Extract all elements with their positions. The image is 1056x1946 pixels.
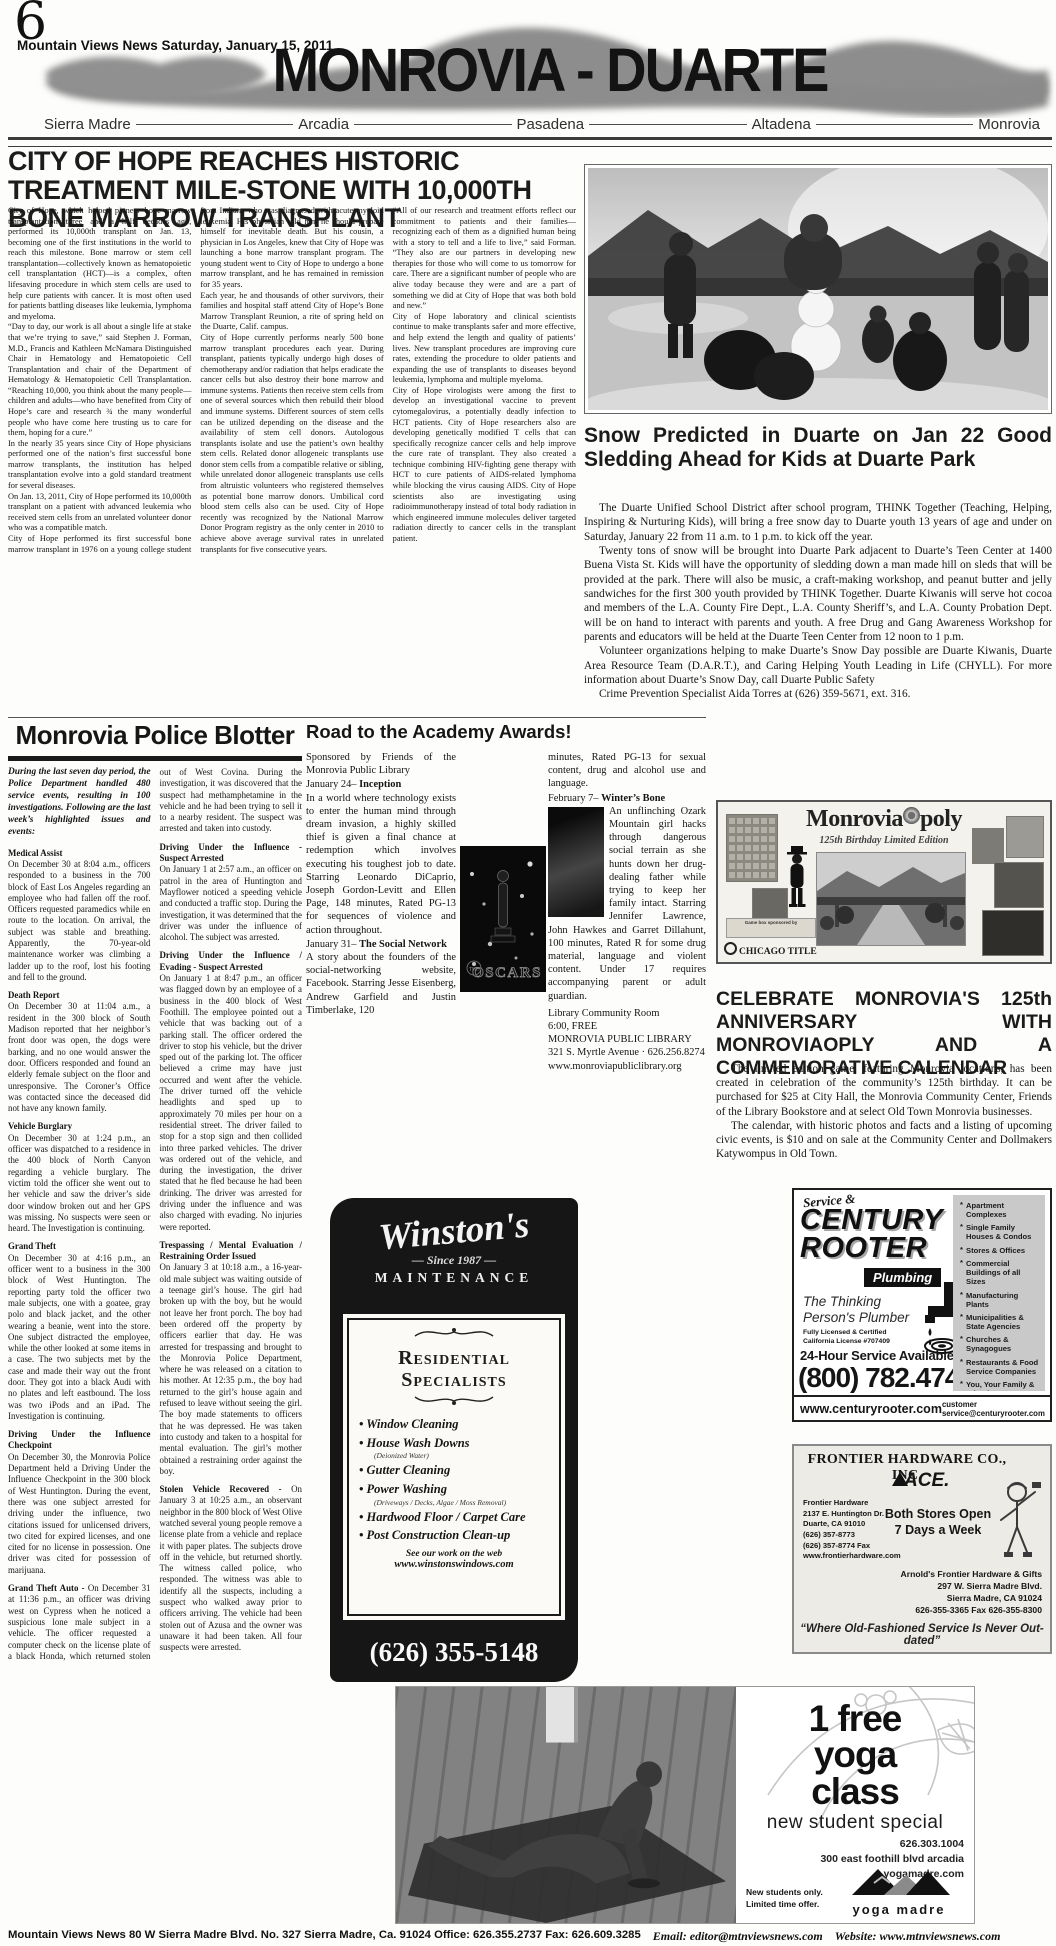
paragraph: City of Hope virologists were among the … xyxy=(393,386,576,545)
paragraph: The Duarte Unified School District after… xyxy=(584,501,1052,544)
monroviaopoly-image: Monroviapoly 125th Birthday Limited Edit… xyxy=(716,800,1052,964)
paragraph: Arnold's Frontier Hardware & Gifts xyxy=(901,1568,1042,1580)
old-town-photo xyxy=(816,852,966,946)
winstons-phone: (626) 355-5148 xyxy=(330,1637,578,1668)
paragraph: Restaurants & Food Service Companies xyxy=(959,1359,1039,1377)
paragraph: • Hardwood Floor / Carpet Care xyxy=(359,1510,549,1526)
winstons-services-list: • Window Cleaning• House Wash Downs(Deio… xyxy=(359,1417,549,1544)
paragraph: (626) 357-8774 Fax xyxy=(803,1541,901,1552)
paragraph: Twenty tons of snow will be brought into… xyxy=(584,544,1052,644)
academy-column-right: minutes, Rated PG-13 for sexual content,… xyxy=(548,751,706,1073)
paragraph: www.frontierhardware.com xyxy=(803,1551,901,1562)
specialists-label: Specialists xyxy=(359,1369,549,1391)
main-article-body: City of Hope, which helped pioneer bone … xyxy=(8,206,576,626)
rooter-email: customer service@centuryrooter.com xyxy=(942,1400,1045,1418)
oscars-caption-text: OSCARS xyxy=(472,965,542,981)
police-blotter-rule xyxy=(8,756,302,761)
divider-line xyxy=(589,124,746,126)
screening-date-heading: February 7– Winter’s Bone xyxy=(548,792,706,805)
entry-heading: Medical Assist xyxy=(8,848,151,859)
snowman-scene-illustration xyxy=(588,168,1048,410)
paragraph: Volunteer organizations helping to make … xyxy=(584,644,1052,687)
paragraph: Library Community Room xyxy=(548,1007,706,1020)
paragraph: City of Hope, which helped pioneer bone … xyxy=(8,206,191,322)
paragraph: 6:00, FREE xyxy=(548,1020,706,1033)
police-blotter-intro: During the last seven day period, the Po… xyxy=(8,767,151,839)
newspaper-page: 6 Mountain Views News Saturday, January … xyxy=(0,0,1056,1946)
entry-heading: Vehicle Burglary xyxy=(8,1121,151,1132)
rooter-web-strip: www.centuryrooter.com customer service@c… xyxy=(794,1395,1050,1420)
yoga-pose-photo xyxy=(396,1687,736,1923)
snow-day-photo xyxy=(584,164,1052,414)
entry-heading: Driving Under the Influence Checkpoint xyxy=(8,1429,151,1452)
chicago-title-ring-icon xyxy=(724,942,737,955)
paragraph: Manufacturing Plants xyxy=(959,1292,1039,1310)
yoga-madre-ad: 1 free yoga class new student special 62… xyxy=(395,1686,975,1924)
winstons-website: www.winstonswindows.com xyxy=(359,1559,549,1570)
entry-heading: Driving Under the Influence - Suspect Ar… xyxy=(160,842,303,865)
screening-date-heading: January 24– Inception xyxy=(306,778,456,791)
paragraph: City of Hope currently performs nearly 5… xyxy=(200,333,383,555)
paragraph: Commercial Buildings of all Sizes xyxy=(959,1260,1039,1287)
handyman-cartoon xyxy=(989,1476,1045,1564)
screening-date-heading: January 31– The Social Network xyxy=(306,938,456,951)
paragraph: Single Family Houses & Condos xyxy=(959,1224,1039,1242)
rooter-phone: (800) 782.4744 xyxy=(798,1362,974,1394)
sponsor-box: Game box sponsored by xyxy=(726,918,816,938)
winstons-maintenance-label: MAINTENANCE xyxy=(330,1270,578,1286)
paragraph: On January 3 at 10:18 a.m., a 16-year-ol… xyxy=(160,1262,303,1477)
collage-tile xyxy=(982,910,1044,956)
paragraph: On Jan. 13, 2011, City of Hope performed… xyxy=(8,492,191,534)
paragraph: You, Your Family & Friends xyxy=(959,1381,1039,1391)
city-label: Sierra Madre xyxy=(44,116,131,133)
section-banner-title: MONROVIA - DUARTE xyxy=(150,39,950,101)
police-blotter-body: During the last seven day period, the Po… xyxy=(8,767,302,1874)
paragraph: City of Hope laboratory and clinical sci… xyxy=(393,312,576,386)
paragraph: 297 W. Sierra Madre Blvd. xyxy=(901,1580,1042,1592)
cities-strip: Sierra Madre Arcadia Pasadena Altadena M… xyxy=(44,116,1040,133)
paragraph: • House Wash Downs xyxy=(359,1436,549,1452)
entry-heading: Death Report xyxy=(8,990,151,1001)
paragraph: • Post Construction Clean-up xyxy=(359,1528,549,1544)
paragraph: • Power Washing xyxy=(359,1482,549,1498)
paragraph: In a world where technology exists to en… xyxy=(306,792,456,937)
entry-heading: Grand Theft xyxy=(8,1241,151,1252)
mountains-logo-icon xyxy=(844,1861,954,1897)
police-blotter-title: Monrovia Police Blotter xyxy=(8,721,302,750)
paragraph: MONROVIA PUBLIC LIBRARY xyxy=(548,1033,706,1046)
paragraph: www.monroviapubliclibrary.org xyxy=(548,1060,706,1073)
paragraph: minutes, Rated PG-13 for sexual content,… xyxy=(548,751,706,791)
paragraph: Sponsored by Friends of the Monrovia Pub… xyxy=(306,751,456,777)
flourish-ornament-icon xyxy=(359,1393,549,1412)
paragraph: On December 30 at 4:16 p.m., an officer … xyxy=(8,1253,151,1422)
yoga-fineprint: New students only. Limited time offer. xyxy=(746,1887,823,1911)
century-rooter-logo-text: CENTURY ROOTER xyxy=(800,1206,950,1262)
frontier-tagline: “Where Old-Fashioned Service Is Never Ou… xyxy=(794,1623,1050,1647)
oscars-poster-image: THE OSCARS xyxy=(460,846,546,992)
yoga-offer-line2: yoga xyxy=(736,1737,974,1773)
snow-article-body: The Duarte Unified School District after… xyxy=(584,501,1052,702)
chicago-title-logo: CHICAGO TITLE xyxy=(724,942,817,957)
paragraph: 321 S. Myrtle Avenue · 626.256.8274 xyxy=(548,1046,706,1059)
divider-line xyxy=(136,124,293,126)
city-label: Pasadena xyxy=(517,116,585,133)
footer-email: Email: editor@mtnviewsnews.com xyxy=(653,1929,823,1944)
academy-column-left: Sponsored by Friends of the Monrovia Pub… xyxy=(306,751,456,1017)
frontier-open-note: Both Stores Open 7 Days a Week xyxy=(882,1506,994,1539)
winstons-panel: Residential Specialists • Window Cleanin… xyxy=(343,1314,565,1620)
entry-heading: Trespassing / Mental Evaluation / Restra… xyxy=(160,1240,303,1263)
footer-website: Website: www.mtnviewsnews.com xyxy=(835,1929,1001,1944)
blotter-entry: Stolen Vehicle Recovered - On January 3 … xyxy=(160,1484,303,1653)
yoga-madre-logo-text: yoga madre xyxy=(840,1902,958,1917)
collage-tile xyxy=(972,828,1004,864)
paragraph: Each year, he and thousands of other sur… xyxy=(200,291,383,333)
yoga-offer-line1: 1 free xyxy=(736,1701,974,1737)
paragraph: A story about the founders of the social… xyxy=(306,951,456,1017)
section-rule xyxy=(8,717,706,718)
paragraph: The calendar, with historic photos and f… xyxy=(716,1119,1052,1162)
frontier-hardware-ad: FRONTIER HARDWARE CO., INC. ACE. Frontie… xyxy=(792,1444,1052,1654)
divider-line xyxy=(816,124,973,126)
paragraph: On January 1 at 8:47 p.m., an officer wa… xyxy=(160,973,303,1233)
paragraph: On December 30 at 8:04 a.m., officers re… xyxy=(8,859,151,983)
paragraph: Stores & Offices xyxy=(959,1247,1039,1256)
paragraph: Churches & Synagogues xyxy=(959,1336,1039,1354)
footer: Mountain Views News 80 W Sierra Madre Bl… xyxy=(8,1929,1052,1944)
paragraph: • Gutter Cleaning xyxy=(359,1463,549,1479)
yoga-phone: 626.303.1004 xyxy=(820,1837,964,1852)
winstons-maintenance-ad: Winston's Since 1987 MAINTENANCE Residen… xyxy=(330,1198,578,1682)
divider-line xyxy=(354,124,511,126)
city-label: Monrovia xyxy=(978,116,1040,133)
paragraph: (Deionized Water) xyxy=(374,1451,549,1460)
paragraph: On December 30 at 1:24 p.m., an officer … xyxy=(8,1133,151,1235)
rooter-license: Fully Licensed & Certified California Li… xyxy=(803,1328,890,1346)
paragraph: On January 1 at 2:57 a.m., an officer on… xyxy=(160,864,303,943)
collage-tile xyxy=(1006,816,1044,858)
yoga-offer-panel: 1 free yoga class new student special 62… xyxy=(736,1687,974,1923)
paragraph: Crime Prevention Specialist Aida Torres … xyxy=(584,687,1052,701)
city-label: Altadena xyxy=(752,116,811,133)
footer-info: Mountain Views News 80 W Sierra Madre Bl… xyxy=(8,1929,641,1944)
rooter-tagline: The Thinking Person's Plumber xyxy=(803,1294,909,1325)
paragraph: The limited edition game, featuring Monr… xyxy=(716,1062,1052,1119)
seal-icon xyxy=(903,807,920,824)
rooter-client-list: Apartment ComplexesSingle Family Houses … xyxy=(953,1195,1045,1391)
academy-title: Road to the Academy Awards! xyxy=(306,723,708,742)
paragraph: Apartment Complexes xyxy=(959,1202,1039,1220)
paragraph: (Driveways / Decks, Algae / Moss Removal… xyxy=(374,1498,549,1507)
ace-logo: ACE. xyxy=(892,1470,949,1492)
yoga-offer-line3: class xyxy=(736,1774,974,1810)
yoga-madre-logo: yoga madre xyxy=(840,1861,958,1917)
winstons-web-note: See our work on the web xyxy=(359,1549,549,1559)
city-label: Arcadia xyxy=(298,116,349,133)
historic-building-art xyxy=(726,814,778,882)
yoga-offer-subline: new student special xyxy=(736,1812,974,1834)
paragraph: On December 30, the Monrovia Police Depa… xyxy=(8,1452,151,1576)
paragraph: “Day to day, our work is all about a sin… xyxy=(8,322,191,438)
residential-label: Residential xyxy=(359,1347,549,1369)
paragraph: • Window Cleaning xyxy=(359,1417,549,1433)
paragraph: 626-355-3365 Fax 626-355-8300 xyxy=(901,1604,1042,1616)
paragraph: “All of our research and treatment effor… xyxy=(393,206,576,312)
rooter-website: www.centuryrooter.com xyxy=(800,1402,942,1416)
paragraph: In the nearly 35 years since City of Hop… xyxy=(8,439,191,492)
snow-article-headline: Snow Predicted in Duarte on Jan 22 Good … xyxy=(584,424,1052,473)
collage-tile xyxy=(994,862,1044,908)
flourish-ornament-icon xyxy=(359,1326,549,1345)
entry-heading: Driving Under the Influence / Evading - … xyxy=(160,950,303,973)
rooter-service-line: 24-Hour Service Available xyxy=(800,1348,954,1363)
paragraph: Sierra Madre, CA 91024 xyxy=(901,1592,1042,1604)
frontier-sierra-madre-address: Arnold's Frontier Hardware & Gifts297 W.… xyxy=(901,1568,1042,1616)
paragraph: On December 30 at 11:04 a.m., a resident… xyxy=(8,1001,151,1114)
winters-bone-still xyxy=(548,807,604,917)
paragraph: Municipalities & State Agencies xyxy=(959,1314,1039,1332)
celebrate-body: The limited edition game, featuring Monr… xyxy=(716,1062,1052,1162)
century-rooter-ad: Service & CENTURY ROOTER Plumbing The Th… xyxy=(792,1188,1052,1422)
